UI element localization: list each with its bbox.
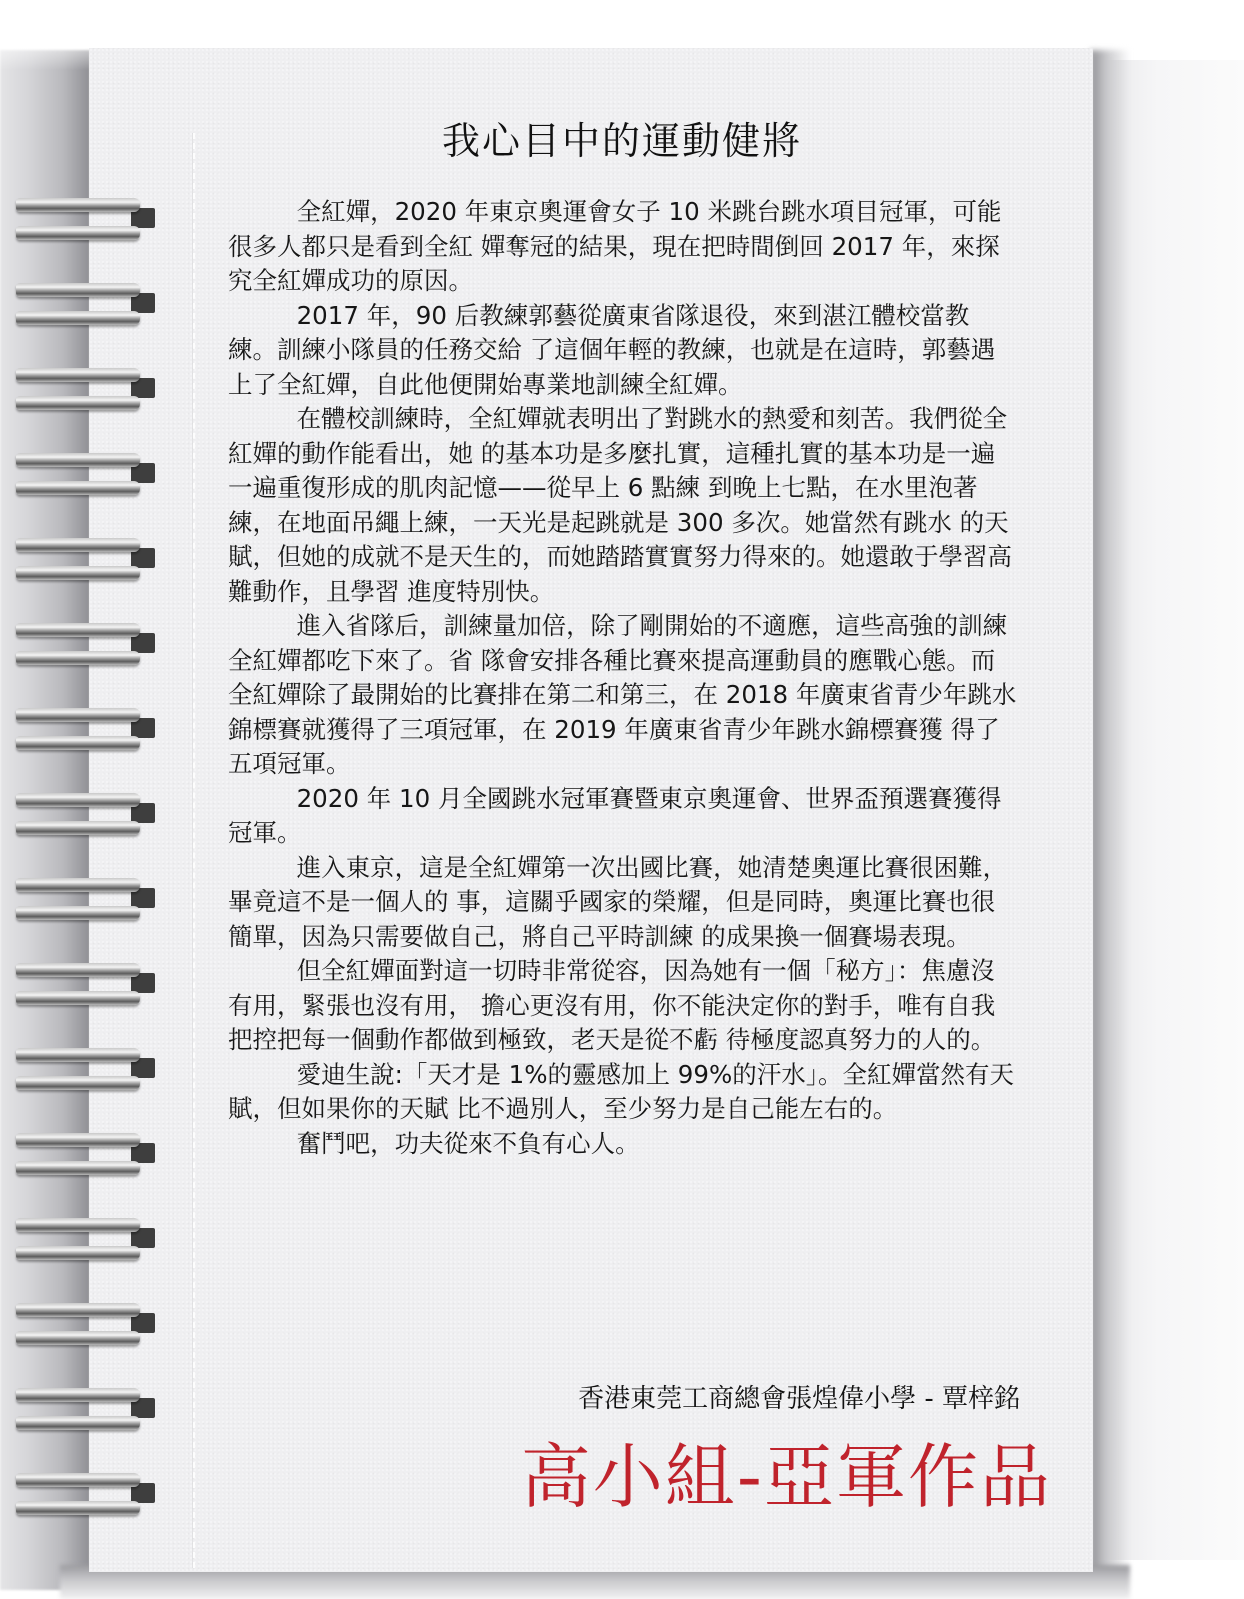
- ring-wire-bottom: [16, 1076, 140, 1090]
- ring-wire-top: [16, 283, 140, 297]
- binding-ring: [16, 1388, 140, 1432]
- ring-wire-top: [16, 1473, 140, 1487]
- ring-wire-top: [16, 708, 140, 722]
- binding-ring: [16, 1048, 140, 1092]
- ring-wire-top: [16, 963, 140, 977]
- ring-wire-bottom: [16, 736, 140, 750]
- ring-wire-top: [16, 623, 140, 637]
- paragraph-5: 2020 年 10 月全國跳水冠軍賽暨東京奧運會、世界盃預選賽獲得冠軍。: [228, 782, 1018, 851]
- ring-wire-bottom: [16, 1416, 140, 1430]
- paragraph-6: 進入東京，這是全紅嬋第一次出國比賽，她清楚奧運比賽很困難，畢竟這不是一個人的 事…: [228, 851, 1018, 955]
- ring-wire-bottom: [16, 651, 140, 665]
- ring-wire-bottom: [16, 1161, 140, 1175]
- binding-ring: [16, 1218, 140, 1262]
- binding-ring: [16, 963, 140, 1007]
- paragraph-3: 在體校訓練時，全紅嬋就表明出了對跳水的熱愛和刻苦。我們從全紅嬋的動作能看出，她 …: [228, 402, 1018, 609]
- ring-wire-top: [16, 1048, 140, 1062]
- ring-wire-bottom: [16, 396, 140, 410]
- ring-wire-top: [16, 453, 140, 467]
- ring-wire-top: [16, 878, 140, 892]
- binding-ring: [16, 1473, 140, 1517]
- binding-ring: [16, 793, 140, 837]
- ring-wire-top: [16, 198, 140, 212]
- binding-ring: [16, 453, 140, 497]
- binding-ring: [16, 538, 140, 582]
- ring-wire-bottom: [16, 226, 140, 240]
- essay-body: 全紅嬋，2020 年東京奧運會女子 10 米跳台跳水項目冠軍，可能很多人都只是看…: [228, 195, 1018, 1161]
- ring-wire-top: [16, 538, 140, 552]
- binding-ring: [16, 1133, 140, 1177]
- paragraph-1: 全紅嬋，2020 年東京奧運會女子 10 米跳台跳水項目冠軍，可能很多人都只是看…: [228, 195, 1018, 299]
- ring-wire-top: [16, 1303, 140, 1317]
- essay-title: 我心目中的運動健將: [0, 110, 1244, 165]
- ring-wire-bottom: [16, 991, 140, 1005]
- binding-ring: [16, 368, 140, 412]
- binding-ring: [16, 623, 140, 667]
- binding-ring: [16, 708, 140, 752]
- binding-ring: [16, 1303, 140, 1347]
- binding-ring: [16, 878, 140, 922]
- ring-wire-bottom: [16, 481, 140, 495]
- binding-ring: [16, 283, 140, 327]
- author-signature: 香港東莞工商總會張煌偉小學 - 覃梓銘: [470, 1378, 1020, 1415]
- ring-wire-top: [16, 1388, 140, 1402]
- ring-wire-top: [16, 1218, 140, 1232]
- paragraph-9: 奮鬥吧，功夫從來不負有心人。: [228, 1127, 1018, 1162]
- paragraph-8: 愛迪生說:「天才是 1%的靈感加上 99%的汗水」。全紅嬋當然有天賦，但如果你的…: [228, 1058, 1018, 1127]
- page-right-shadow: [1090, 50, 1130, 1575]
- ring-wire-top: [16, 368, 140, 382]
- ring-wire-bottom: [16, 311, 140, 325]
- dashed-margin-line: [193, 133, 195, 1568]
- paragraph-2: 2017 年，90 后教練郭藝從廣東省隊退役，來到湛江體校當教練。訓練小隊員的任…: [228, 299, 1018, 403]
- paragraph-7: 但全紅嬋面對這一切時非常從容，因為她有一個「秘方」：焦慮沒有用，緊張也沒有用， …: [228, 954, 1018, 1058]
- ring-wire-top: [16, 1133, 140, 1147]
- top-fade: [0, 30, 90, 70]
- ring-wire-top: [16, 793, 140, 807]
- ring-wire-bottom: [16, 906, 140, 920]
- ring-wire-bottom: [16, 821, 140, 835]
- ring-wire-bottom: [16, 1246, 140, 1260]
- paragraph-4: 進入省隊后，訓練量加倍，除了剛開始的不適應，這些高強的訓練全紅嬋都吃下來了。省 …: [228, 609, 1018, 782]
- award-label: 高小組-亞軍作品: [412, 1432, 1052, 1522]
- ring-wire-bottom: [16, 1331, 140, 1345]
- ring-wire-bottom: [16, 566, 140, 580]
- ring-wire-bottom: [16, 1501, 140, 1515]
- binding-ring: [16, 198, 140, 242]
